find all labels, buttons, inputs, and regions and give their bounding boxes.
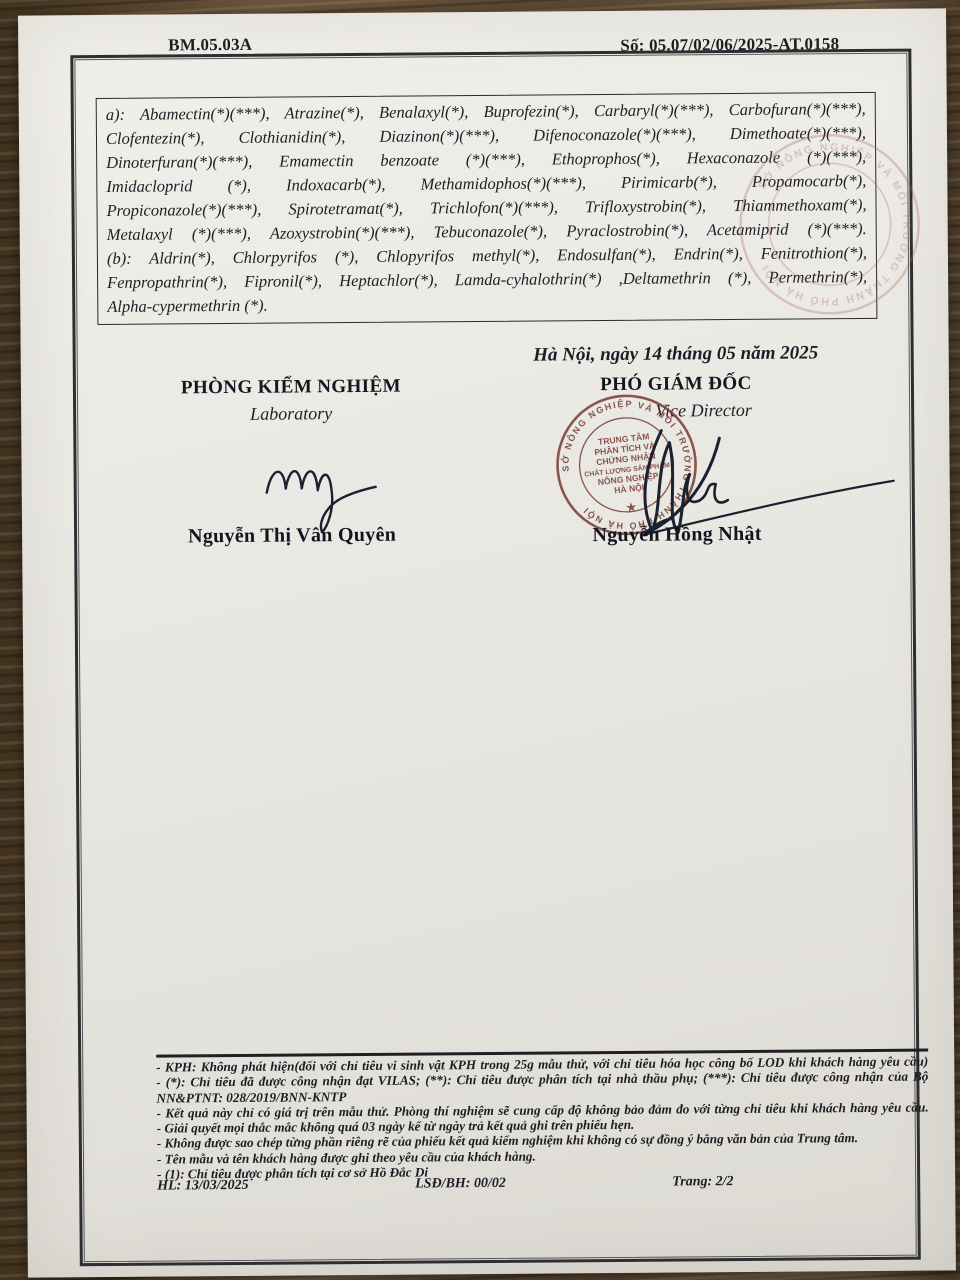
page-number: Trang: 2/2	[672, 1174, 733, 1190]
date-line: Hà Nội, ngày 14 tháng 05 năm 2025	[461, 342, 891, 367]
date-block: Hà Nội, ngày 14 tháng 05 năm 2025	[461, 342, 891, 367]
laboratory-signer: Nguyễn Thị Vân Quyên	[122, 523, 462, 549]
footer-notes: - KPH: Không phát hiện(đối với chỉ tiêu …	[156, 1054, 929, 1182]
vice-director-signer: Nguyễn Hồng Nhật	[462, 522, 892, 548]
form-code: BM.05.03A	[168, 35, 252, 56]
laboratory-subtitle: Laboratory	[121, 402, 461, 426]
laboratory-sign-block: PHÒNG KIỂM NGHIỆM Laboratory	[121, 375, 461, 426]
laboratory-title: PHÒNG KIỂM NGHIỆM	[121, 375, 461, 400]
document-page: BM.05.03A Số: 05.07/02/06/2025-AT.0158 a…	[18, 8, 956, 1277]
analyte-line: Alpha-cypermethrin (*).	[107, 289, 867, 319]
vice-director-signer-name: Nguyễn Hồng Nhật	[462, 522, 892, 548]
laboratory-signer-name: Nguyễn Thị Vân Quyên	[122, 523, 462, 549]
edition-code: LSĐ/BH: 00/02	[415, 1176, 506, 1193]
revision-date: HL: 13/03/2025	[157, 1178, 249, 1195]
